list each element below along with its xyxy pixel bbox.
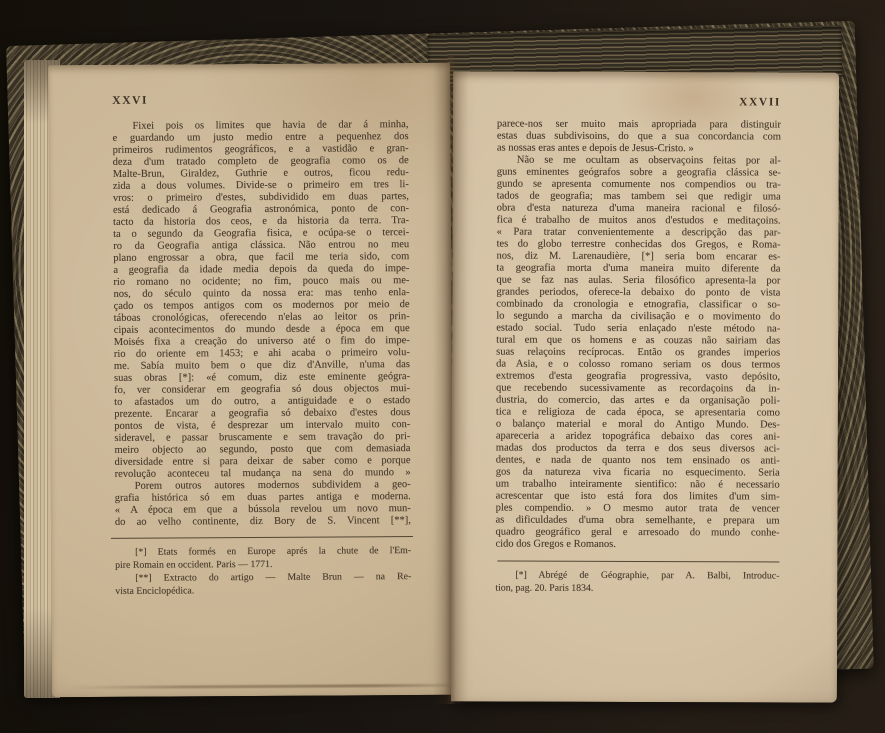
right-page: XXVII parece-nos ser muito mais apropria…: [451, 71, 839, 702]
text-line: um trabalho inteiramente sientifico: não…: [496, 478, 780, 491]
right-page-footnotes: [*] Abrégé de Géographie, par A. Balbi, …: [495, 568, 779, 595]
text-line: tion, pag. 20. Paris 1834.: [495, 581, 779, 595]
page-number-right: XXVII: [497, 95, 781, 108]
text-line: dustria, do comercio, das artes e da org…: [496, 394, 780, 407]
page-bottom-crease: [72, 684, 449, 689]
book-photo-scene: XXVI Fixei pois os limites que havia de …: [0, 0, 885, 733]
text-line: tica e religioza de cada época, se apres…: [496, 406, 780, 419]
left-page-footnotes: [*] Etats formés en Europe aprés la chut…: [115, 544, 411, 598]
text-line: apareceria a aridez topográfica debaixo …: [496, 430, 780, 443]
text-line: ta geografia morta d'uma maneira muito d…: [496, 262, 780, 275]
page-number-left: XXVI: [112, 95, 148, 107]
footnote-rule-right: [497, 560, 779, 562]
text-line: parece-nos ser muito mais apropriada par…: [497, 118, 781, 131]
left-page-body: Fixei pois os limites que havia de dar á…: [112, 119, 410, 529]
text-line: [**] Extracto do artigo — Malte Brun — n…: [115, 570, 411, 585]
text-line: [*] Etats formés en Europe aprés la chut…: [115, 544, 411, 559]
text-line: gos da natureza viva ficaria no esquecim…: [496, 466, 780, 479]
text-line: suas relaçoins recíprocas. Então os gran…: [496, 346, 780, 359]
text-line: tados de geografia; mas tambem sei que r…: [497, 190, 781, 203]
text-line: vista Enciclopédica.: [115, 583, 411, 598]
text-line: que se faz nas aulas. Seria filosófico a…: [496, 274, 780, 287]
text-line: dentes, e nada de quanto nos tem ensinad…: [496, 454, 780, 467]
text-line: guns eminentes geógrafos sobre a geograf…: [497, 166, 781, 179]
text-line: estado social. Tudo seria enlaçado n'est…: [496, 322, 780, 335]
text-line: extremos d'esta geografia progressiva, v…: [496, 370, 780, 383]
text-line: as nossas eras antes e depois de Jesus-C…: [497, 142, 781, 155]
footnote-rule-left: [111, 536, 413, 539]
text-line: do ao velho continente, diz Bory de S. V…: [115, 515, 411, 529]
text-line: Não se me ocultam as observaçoins feitas…: [497, 154, 781, 167]
text-line: as dificuldades d'uma obra semelhante, e…: [496, 514, 780, 527]
text-line: estas duas subdivisoins, do que a sua co…: [497, 130, 781, 143]
text-line: obra d'esta natureza d'uma maneira racio…: [497, 202, 781, 215]
text-line: o balanço material e moral do Antigo Mun…: [496, 418, 780, 431]
text-line: grandes periodos, oferece-la debaixo do …: [496, 286, 780, 299]
text-line: lo segundo a marcha da civilisação e o m…: [496, 310, 780, 323]
text-line: quadro geográfico geral e arresoado do m…: [495, 526, 779, 539]
text-line: ples compendio. » O mesmo autor trata de…: [496, 502, 780, 515]
text-line: nos, diz M. Larenaudière, [*] seria bom …: [496, 250, 780, 263]
left-page: XXVI Fixei pois os limites que havia de …: [48, 63, 454, 697]
text-line: tural em que os homens e as couzas não s…: [496, 334, 780, 347]
text-line: [*] Abrégé de Géographie, par A. Balbi, …: [495, 568, 779, 582]
text-line: combinado da cronologia e etnografia, cl…: [496, 298, 780, 311]
text-line: da Asia, e o colosso romano seriam os do…: [496, 358, 780, 371]
open-book: XXVI Fixei pois os limites que havia de …: [0, 0, 885, 733]
text-line: « Para tratar convenientemente a descrip…: [497, 226, 781, 239]
right-page-body: parece-nos ser muito mais apropriada par…: [495, 118, 781, 551]
text-line: tes do globo terrestre conhecidas dos Gr…: [496, 238, 780, 251]
text-line: madas dos productos da terra e dos seus …: [496, 442, 780, 455]
text-line: acrescentar que isto está fora dos limit…: [496, 490, 780, 503]
text-line: gundo se apresenta comumente nos compend…: [497, 178, 781, 191]
text-line: que recebendo sucessivamente as recordaç…: [496, 382, 780, 395]
text-line: fica é trabalho de muitos anos d'estudos…: [497, 214, 781, 227]
text-line: cido dos Gregos e Romanos.: [495, 538, 779, 551]
